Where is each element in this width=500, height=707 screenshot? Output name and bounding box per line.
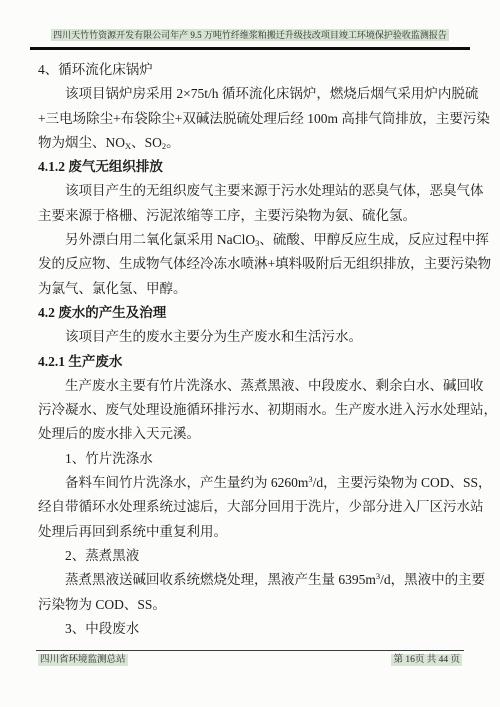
text-run: 蒸煮黑液送碱回收系统燃烧处理，黑液产生量 6395m: [65, 572, 376, 587]
footer-divider: [36, 650, 464, 651]
document-body: 4、循环流化床锅炉 该项目锅炉房采用 2×75t/h 循环流化床锅炉，燃烧后烟气…: [38, 58, 462, 641]
text-run: 、SO: [131, 135, 162, 150]
paragraph-line: 蒸煮黑液送碱回收系统燃烧处理，黑液产生量 6395m3/d，黑液中的主要: [38, 568, 462, 592]
footer-organization: 四川省环境监测总站: [38, 654, 128, 667]
footer-page-number: 第 16页 共 44 页: [391, 654, 462, 667]
text-run: 备料车间竹片洗涤水，产生量约为 6260m: [65, 475, 308, 490]
header-divider: [30, 47, 470, 50]
list-item-heading: 4、循环流化床锅炉: [38, 58, 462, 82]
list-item-heading: 2、蒸煮黑液: [38, 544, 462, 568]
text-run: 。: [166, 135, 180, 150]
section-heading: 4.2 废水的产生及治理: [38, 301, 462, 325]
paragraph-line: 物为烟尘、NOX、SO2。: [38, 131, 462, 155]
paragraph-line: 为氯气、氯化氢、甲醇。: [38, 277, 462, 301]
paragraph-line: 经自带循环水处理系统过滤后，大部分回用于洗片，少部分进入厂区污水站: [38, 495, 462, 519]
text-run: 、硫酸、甲醇反应生成，反应过程中挥: [259, 232, 489, 247]
document-page: 四川天竹竹资源开发有限公司年产 9.5 万吨竹纤维浆粕搬迁升级技改项目竣工环境保…: [0, 0, 500, 707]
footer-page-text: 第 16页 共 44 页: [391, 654, 462, 666]
paragraph-line: 另外漂白用二氧化氯采用 NaClO3、硫酸、甲醇反应生成，反应过程中挥: [38, 228, 462, 252]
page-header: 四川天竹竹资源开发有限公司年产 9.5 万吨竹纤维浆粕搬迁升级技改项目竣工环境保…: [30, 29, 470, 42]
list-item-heading: 1、竹片洗涤水: [38, 447, 462, 471]
paragraph-line: 处理后的废水排入天元溪。: [38, 422, 462, 446]
paragraph-line: 备料车间竹片洗涤水，产生量约为 6260m3/d，主要污染物为 COD、SS，: [38, 471, 462, 495]
paragraph-line: 主要来源于格栅、污泥浓缩等工序，主要污染物为氨、硫化氢。: [38, 204, 462, 228]
section-heading: 4.1.2 废气无组织排放: [38, 155, 462, 179]
list-item-heading: 3、中段废水: [38, 617, 462, 641]
text-run: 另外漂白用二氧化氯采用 NaClO: [65, 232, 255, 247]
header-title: 四川天竹竹资源开发有限公司年产 9.5 万吨竹纤维浆粕搬迁升级技改项目竣工环境保…: [51, 29, 449, 41]
footer-org-text: 四川省环境监测总站: [38, 654, 128, 666]
paragraph-line: 污染物为 COD、SS。: [38, 593, 462, 617]
paragraph-line: 该项目产生的无组织废气主要来源于污水处理站的恶臭气体，恶臭气体: [38, 179, 462, 203]
paragraph-line: 处理后再回到系统中重复利用。: [38, 520, 462, 544]
paragraph-line: 生产废水主要有竹片洗涤水、蒸煮黑液、中段废水、剩余白水、碱回收: [38, 374, 462, 398]
text-run: 物为烟尘、NO: [38, 135, 125, 150]
paragraph-line: 发的反应物、生成物气体经冷冻水喷淋+填料吸附后无组织排放，主要污染物: [38, 252, 462, 276]
section-heading: 4.2.1 生产废水: [38, 350, 462, 374]
paragraph-line: 该项目产生的废水主要分为生产废水和生活污水。: [38, 325, 462, 349]
paragraph-line: +三电场除尘+布袋除尘+双碱法脱硫处理后经 100m 高排气筒排放，主要污染: [38, 107, 462, 131]
text-run: /d，黑液中的主要: [380, 572, 485, 587]
text-run: /d，主要污染物为 COD、SS，: [313, 475, 492, 490]
paragraph-line: 污冷凝水、废气处理设施循环排污水、初期雨水。生产废水进入污水处理站，: [38, 398, 462, 422]
paragraph-line: 该项目锅炉房采用 2×75t/h 循环流化床锅炉，燃烧后烟气采用炉内脱硫: [38, 82, 462, 106]
